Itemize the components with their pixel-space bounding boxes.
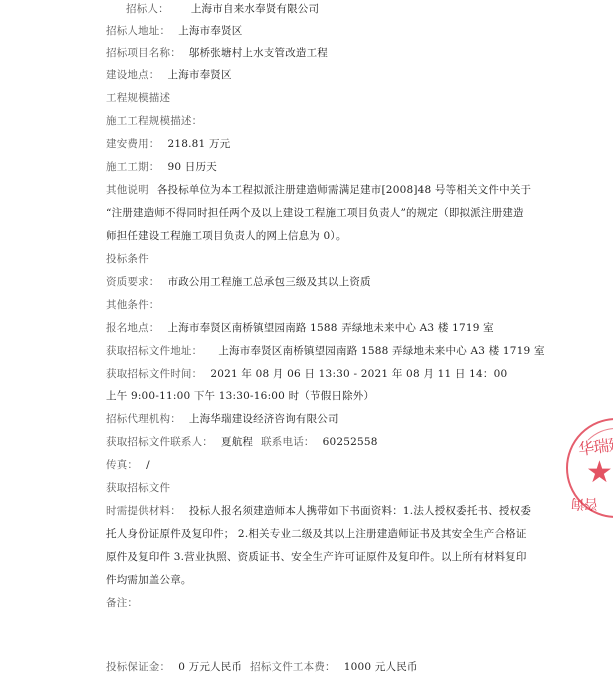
doc-fee-label: 招标文件工本费： xyxy=(250,661,336,673)
fax-row: 传真：/ xyxy=(106,458,150,472)
duration-label: 施工工期： xyxy=(106,161,160,173)
materials-label: 时需提供材料： xyxy=(106,505,181,517)
obtain-heading: 获取招标文件 xyxy=(106,481,170,495)
other-notes-line3: 师担任建设工程施工项目负责人的网上信息为 0）。 xyxy=(106,229,347,243)
other-notes-row: 其他说明各投标单位为本工程拟派注册建造师需满足建市[2008]48 号等相关文件… xyxy=(106,183,531,197)
cost-row: 建安费用：218.81 万元 xyxy=(106,137,230,151)
site-row: 建设地点：上海市奉贤区 xyxy=(106,68,232,82)
doc-address-row: 获取招标文件地址：上海市奉贤区南桥镇望园南路 1588 弄绿地未来中心 A3 楼… xyxy=(106,344,545,358)
tenderer-address-row: 招标人地址：上海市奉贤区 xyxy=(106,24,242,38)
fax-label: 传真： xyxy=(106,459,138,471)
contact-name: 夏航程 xyxy=(221,436,253,448)
agency-row: 招标代理机构：上海华瑞建设经济咨询有限公司 xyxy=(106,412,339,426)
scale-heading: 工程规模描述 xyxy=(106,91,170,105)
materials-line4: 件均需加盖公章。 xyxy=(106,573,192,587)
remarks-label: 备注： xyxy=(106,596,138,610)
bid-bond-label: 投标保证金： xyxy=(106,661,170,673)
construction-scale-label: 施工工程规模描述： xyxy=(106,114,202,128)
doc-time-row: 获取招标文件时间：2021 年 08 月 06 日 13:30 - 2021 年… xyxy=(106,367,507,381)
stamp-bottom-text: 咨询 xyxy=(572,494,598,514)
doc-time-label: 获取招标文件时间： xyxy=(106,368,202,380)
tenderer-address-label: 招标人地址： xyxy=(106,25,170,37)
fax-value: / xyxy=(146,459,150,471)
other-notes-line1: 各投标单位为本工程拟派注册建造师需满足建市[2008]48 号等相关文件中关于 xyxy=(157,184,531,196)
qualification-label: 资质要求： xyxy=(106,276,160,288)
registration-place-label: 报名地点： xyxy=(106,322,160,334)
other-conditions-label: 其他条件： xyxy=(106,298,160,312)
other-notes-line2: “注册建造师不得同时担任两个及以上建设工程施工项目负责人”的规定（即拟派注册建造 xyxy=(106,206,524,220)
project-name-row: 招标项目名称：邬桥张塘村上水支管改造工程 xyxy=(106,46,328,60)
office-hours: 上午 9:00-11:00 下午 13:30-16:00 时（节假日除外） xyxy=(106,389,374,403)
contact-row: 获取招标文件联系人：夏航程联系电话：60252558 xyxy=(106,435,378,449)
materials-row: 时需提供材料：投标人报名须建造师本人携带如下书面资料：1.法人授权委托书、授权委 xyxy=(106,504,531,518)
doc-address-value: 上海市奉贤区南桥镇望园南路 1588 弄绿地未来中心 A3 楼 1719 室 xyxy=(218,345,544,357)
tenderer-value: 上海市自来水奉贤有限公司 xyxy=(191,3,319,15)
company-seal-stamp: 华瑞建 ★ 咨询 xyxy=(566,418,613,518)
tenderer-address-value: 上海市奉贤区 xyxy=(178,25,242,37)
agency-value: 上海华瑞建设经济咨询有限公司 xyxy=(189,413,339,425)
bid-bond-value: 0 万元人民币 xyxy=(178,661,242,673)
fees-row: 投标保证金：0 万元人民币招标文件工本费：1000 元人民币 xyxy=(106,660,418,674)
materials-line3: 原件及复印件 3.营业执照、资质证书、安全生产许可证原件及复印件。以上所有材料复… xyxy=(106,550,527,564)
phone-value: 60252558 xyxy=(323,436,378,448)
other-notes-label: 其他说明 xyxy=(106,184,149,196)
site-label: 建设地点： xyxy=(106,69,160,81)
phone-label: 联系电话： xyxy=(261,436,315,448)
site-value: 上海市奉贤区 xyxy=(168,69,232,81)
duration-value: 90 日历天 xyxy=(168,161,217,173)
registration-place-row: 报名地点：上海市奉贤区南桥镇望园南路 1588 弄绿地未来中心 A3 楼 171… xyxy=(106,321,494,335)
tenderer-row: 招标人：上海市自来水奉贤有限公司 xyxy=(126,2,319,16)
contact-label: 获取招标文件联系人： xyxy=(106,436,213,448)
doc-time-value: 2021 年 08 月 06 日 13:30 - 2021 年 08 月 11 … xyxy=(210,368,507,380)
tender-notice-document: 招标人：上海市自来水奉贤有限公司 招标人地址：上海市奉贤区 招标项目名称：邬桥张… xyxy=(0,0,613,681)
agency-label: 招标代理机构： xyxy=(106,413,181,425)
doc-address-label: 获取招标文件地址： xyxy=(106,345,202,357)
cost-value: 218.81 万元 xyxy=(168,138,231,150)
doc-fee-value: 1000 元人民币 xyxy=(344,661,418,673)
star-icon: ★ xyxy=(586,458,613,488)
registration-place-value: 上海市奉贤区南桥镇望园南路 1588 弄绿地未来中心 A3 楼 1719 室 xyxy=(168,322,494,334)
cost-label: 建安费用： xyxy=(106,138,160,150)
qualification-value: 市政公用工程施工总承包三级及其以上资质 xyxy=(168,276,371,288)
project-name-value: 邬桥张塘村上水支管改造工程 xyxy=(189,47,328,59)
materials-line1: 投标人报名须建造师本人携带如下书面资料：1.法人授权委托书、授权委 xyxy=(189,505,531,517)
qualification-row: 资质要求：市政公用工程施工总承包三级及其以上资质 xyxy=(106,275,371,289)
materials-line2: 托人身份证原件及复印件； 2.相关专业二级及其以上注册建造师证书及其安全生产合格… xyxy=(106,527,527,541)
duration-row: 施工工期：90 日历天 xyxy=(106,160,217,174)
project-name-label: 招标项目名称： xyxy=(106,47,181,59)
tenderer-label: 招标人： xyxy=(126,3,169,15)
conditions-heading: 投标条件 xyxy=(106,252,149,266)
